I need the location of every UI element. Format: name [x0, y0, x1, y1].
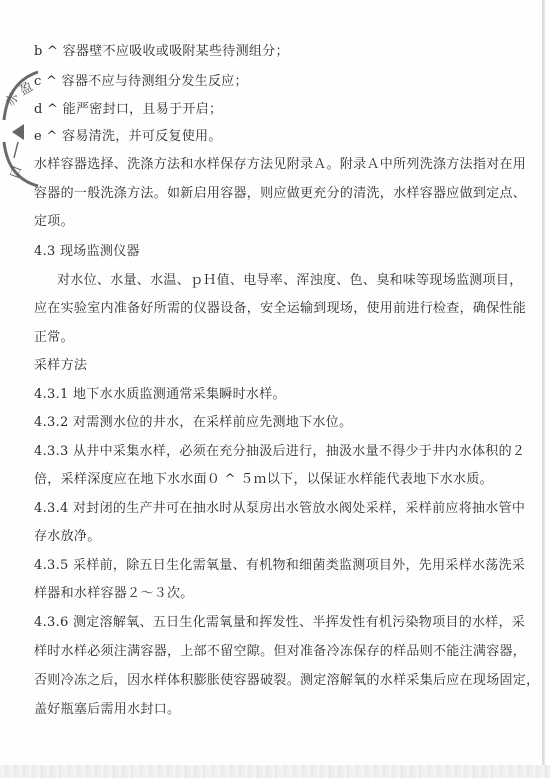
- text-line: 正常。: [34, 330, 74, 346]
- text-line: 对水位、水量、水温、ｐＨ值、电导率、浑浊度、色、臭和味等现场监测项目，: [57, 273, 523, 289]
- text-line: e ^ 容易清洗，并可反复使用。: [34, 129, 222, 145]
- text-line: 4.3.6 测定溶解氧、五日生化需氧量和挥发性、半挥发性有机污染物项目的水样，采: [34, 615, 525, 631]
- text-line: 存水放净。: [34, 529, 101, 545]
- text-line: 容器的一般洗涤方法。如新启用容器，则应做更充分的清洗，水样容器应做到定点、: [34, 186, 526, 202]
- text-line: 4.3.3 从井中采集水样，必须在充分抽汲后进行，抽汲水量不得少于井内水体积的２: [34, 444, 525, 460]
- text-line: 4.3.4 对封闭的生产井可在抽水时从泵房出水管放水阀处采样，采样前应将抽水管中: [34, 501, 525, 517]
- document-page: 赤 盈 口 b ^ 容器壁不应吸收或吸附某些待测组分；c ^ 容器不应与待测组分…: [0, 0, 542, 764]
- text-line: 4.3 现场监测仪器: [34, 244, 140, 260]
- page-edge-shadow: [542, 0, 545, 766]
- text-line: 水样容器选择、洗涤方法和水样保存方法见附录Ａ。附录Ａ中所列洗涤方法指对在用: [34, 157, 526, 173]
- text-line: 样时水样必须注满容器，上部不留空隙。但对准备冷冻保存的样品则不能注满容器，: [34, 644, 526, 660]
- text-line: 4.3.5 采样前，除五日生化需氧量、有机物和细菌类监测项目外，先用采样水荡洗采: [34, 558, 525, 574]
- text-line: c ^ 容器不应与待测组分发生反应；: [34, 74, 248, 90]
- text-line: 4.3.1 地下水水质监测通常采集瞬时水样。: [34, 387, 286, 403]
- text-line: 采样方法: [34, 358, 87, 374]
- text-line: 4.3.2 对需测水位的井水，在采样前应先测地下水位。: [34, 415, 352, 431]
- text-line: 盖好瓶塞后需用水封口。: [34, 702, 180, 718]
- text-line: 倍，采样深度应在地下水水面０ ^ ５ｍ以下，以保证水样能代表地下水水质。: [34, 472, 493, 488]
- text-line: 样器和水样容器２～３次。: [34, 586, 194, 602]
- scan-bottom-band: [0, 765, 550, 778]
- text-line: 定项。: [34, 214, 74, 230]
- text-line: 否则冷冻之后，因水样体积膨胀使容器破裂。测定溶解氧的水样采集后应在现场固定，: [34, 673, 539, 689]
- text-line: b ^ 容器壁不应吸收或吸附某些待测组分；: [34, 44, 289, 60]
- text-line: 应在实验室内准备好所需的仪器设备，安全运输到现场，使用前进行检查，确保性能: [34, 301, 526, 317]
- text-line: d ^ 能严密封口，且易于开启；: [34, 102, 222, 118]
